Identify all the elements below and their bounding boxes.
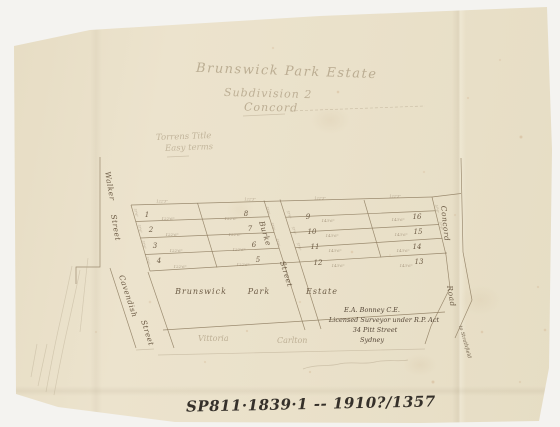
dimension-label: 57'6" — [296, 242, 302, 252]
lot-number: 5 — [256, 256, 261, 264]
dimension-label: 122'6" — [228, 232, 241, 237]
lot-number: 4 — [156, 257, 161, 265]
walker-street-west-edge — [76, 157, 100, 284]
dimension-label: 122'6" — [165, 232, 178, 237]
dimension-label: 57'6" — [434, 204, 439, 214]
lot-number: 12 — [314, 259, 323, 267]
road-label-road: Road — [445, 284, 458, 308]
surveyor-credential: Licensed Surveyor under R.P. Act — [328, 316, 440, 324]
lot-number: 8 — [244, 210, 249, 218]
dimension-label: 122'3" — [389, 195, 401, 199]
west-row-line — [141, 233, 275, 239]
lot-number: 3 — [153, 242, 158, 250]
dimension-label: 143'6" — [325, 233, 338, 238]
dimension-label: 122'6" — [161, 216, 174, 221]
dimension-labels: 122'6" 122'6" 122'6" 122'6" 122'6" 122'6… — [133, 195, 444, 270]
road-label-concord: Concord — [439, 205, 452, 241]
lot-number: 7 — [248, 225, 253, 233]
dimension-label: 57'6" — [141, 240, 147, 250]
pencil-scribble — [80, 258, 88, 332]
dimension-label: 122'3" — [314, 197, 326, 201]
pencil-baseline — [158, 349, 425, 355]
dimension-label: 122'6" — [224, 216, 237, 221]
dimension-label: 57'6" — [275, 238, 281, 248]
estate-word: Brunswick — [174, 287, 227, 296]
paper-sheet: Brunswick Park Estate Subdivision 2 Conc… — [0, 0, 560, 427]
title-dotted-line — [290, 106, 425, 111]
west-row-line — [136, 217, 269, 222]
surveyor-name: E.A. Bonney C.E. — [343, 306, 400, 314]
dimension-label: 57'6" — [291, 226, 297, 236]
street-label-cavendish: Cavendish — [117, 274, 139, 319]
dimension-label: 122'6" — [173, 264, 186, 269]
dimension-label: 143'6" — [328, 248, 341, 253]
street-label-burke-street: Street — [278, 260, 295, 289]
dimension-label: 57'6" — [265, 206, 271, 216]
estate-word: Park — [247, 287, 270, 296]
estate-name: Brunswick Park Estate — [174, 287, 338, 296]
dimension-label: 143'6" — [396, 248, 409, 253]
west-row-line — [145, 248, 279, 254]
pencil-signature-squiggle — [303, 360, 408, 369]
dimension-label: 143'6" — [331, 263, 344, 268]
street-label-walker: Walker — [103, 171, 117, 202]
scanned-survey-plan: Brunswick Park Estate Subdivision 2 Conc… — [0, 0, 560, 427]
lot-number: 9 — [306, 213, 311, 221]
lot-number: 1 — [145, 211, 149, 219]
surveyor-city: Sydney — [360, 336, 384, 344]
top-boundary-extension — [432, 194, 461, 198]
dimension-label: 57'6" — [145, 256, 151, 266]
lot-number: 6 — [252, 241, 257, 249]
estate-word: Estate — [305, 287, 338, 296]
margin-pencil-scribbles — [31, 258, 88, 395]
road-label-to-strathfield: to Strathfield — [457, 325, 472, 359]
street-label-walker-street: Street — [109, 214, 123, 242]
note-underline — [167, 156, 189, 157]
pencil-scribble — [31, 344, 37, 377]
dimension-label: 57'6" — [270, 222, 276, 232]
survey-plan-drawing: 1 2 3 4 8 7 6 5 9 10 11 12 16 15 14 13 1… — [0, 0, 560, 427]
dimension-label: 57'6" — [133, 208, 139, 218]
block-bottom-boundary — [150, 253, 447, 271]
surveyor-address: 34 Pitt Street — [353, 326, 398, 334]
lot-number: 13 — [415, 258, 424, 266]
street-label-cavendish-street: Street — [139, 319, 156, 348]
lot-number: 10 — [308, 228, 317, 236]
lot-number: 14 — [413, 243, 422, 251]
dimension-label: 57'6" — [286, 210, 292, 220]
dimension-label: 122'3" — [244, 198, 256, 202]
dimension-label: 122'3" — [156, 200, 168, 204]
pencil-mark — [136, 349, 154, 350]
lot-number: 2 — [148, 226, 154, 234]
dimension-label: 143'6" — [394, 232, 407, 237]
dimension-label: 122'6" — [236, 262, 249, 267]
dimension-label: 143'6" — [399, 263, 412, 268]
lot-number: 11 — [311, 243, 320, 251]
lot-number: 16 — [413, 213, 422, 221]
lot-numbers: 1 2 3 4 8 7 6 5 9 10 11 12 16 15 14 13 — [145, 210, 424, 267]
surveyor-block: E.A. Bonney C.E. Licensed Surveyor under… — [328, 306, 440, 344]
pencil-scribble — [46, 266, 72, 392]
dimension-label: 122'6" — [169, 248, 182, 253]
pencil-scribble — [38, 344, 47, 386]
locality-underline — [243, 114, 285, 116]
concord-road-east-edge — [455, 158, 472, 338]
dimension-label: 143'6" — [321, 218, 334, 223]
dimension-label: 122'6" — [232, 247, 245, 252]
dimension-label: 143'6" — [391, 217, 404, 222]
lot-number: 15 — [414, 228, 423, 236]
